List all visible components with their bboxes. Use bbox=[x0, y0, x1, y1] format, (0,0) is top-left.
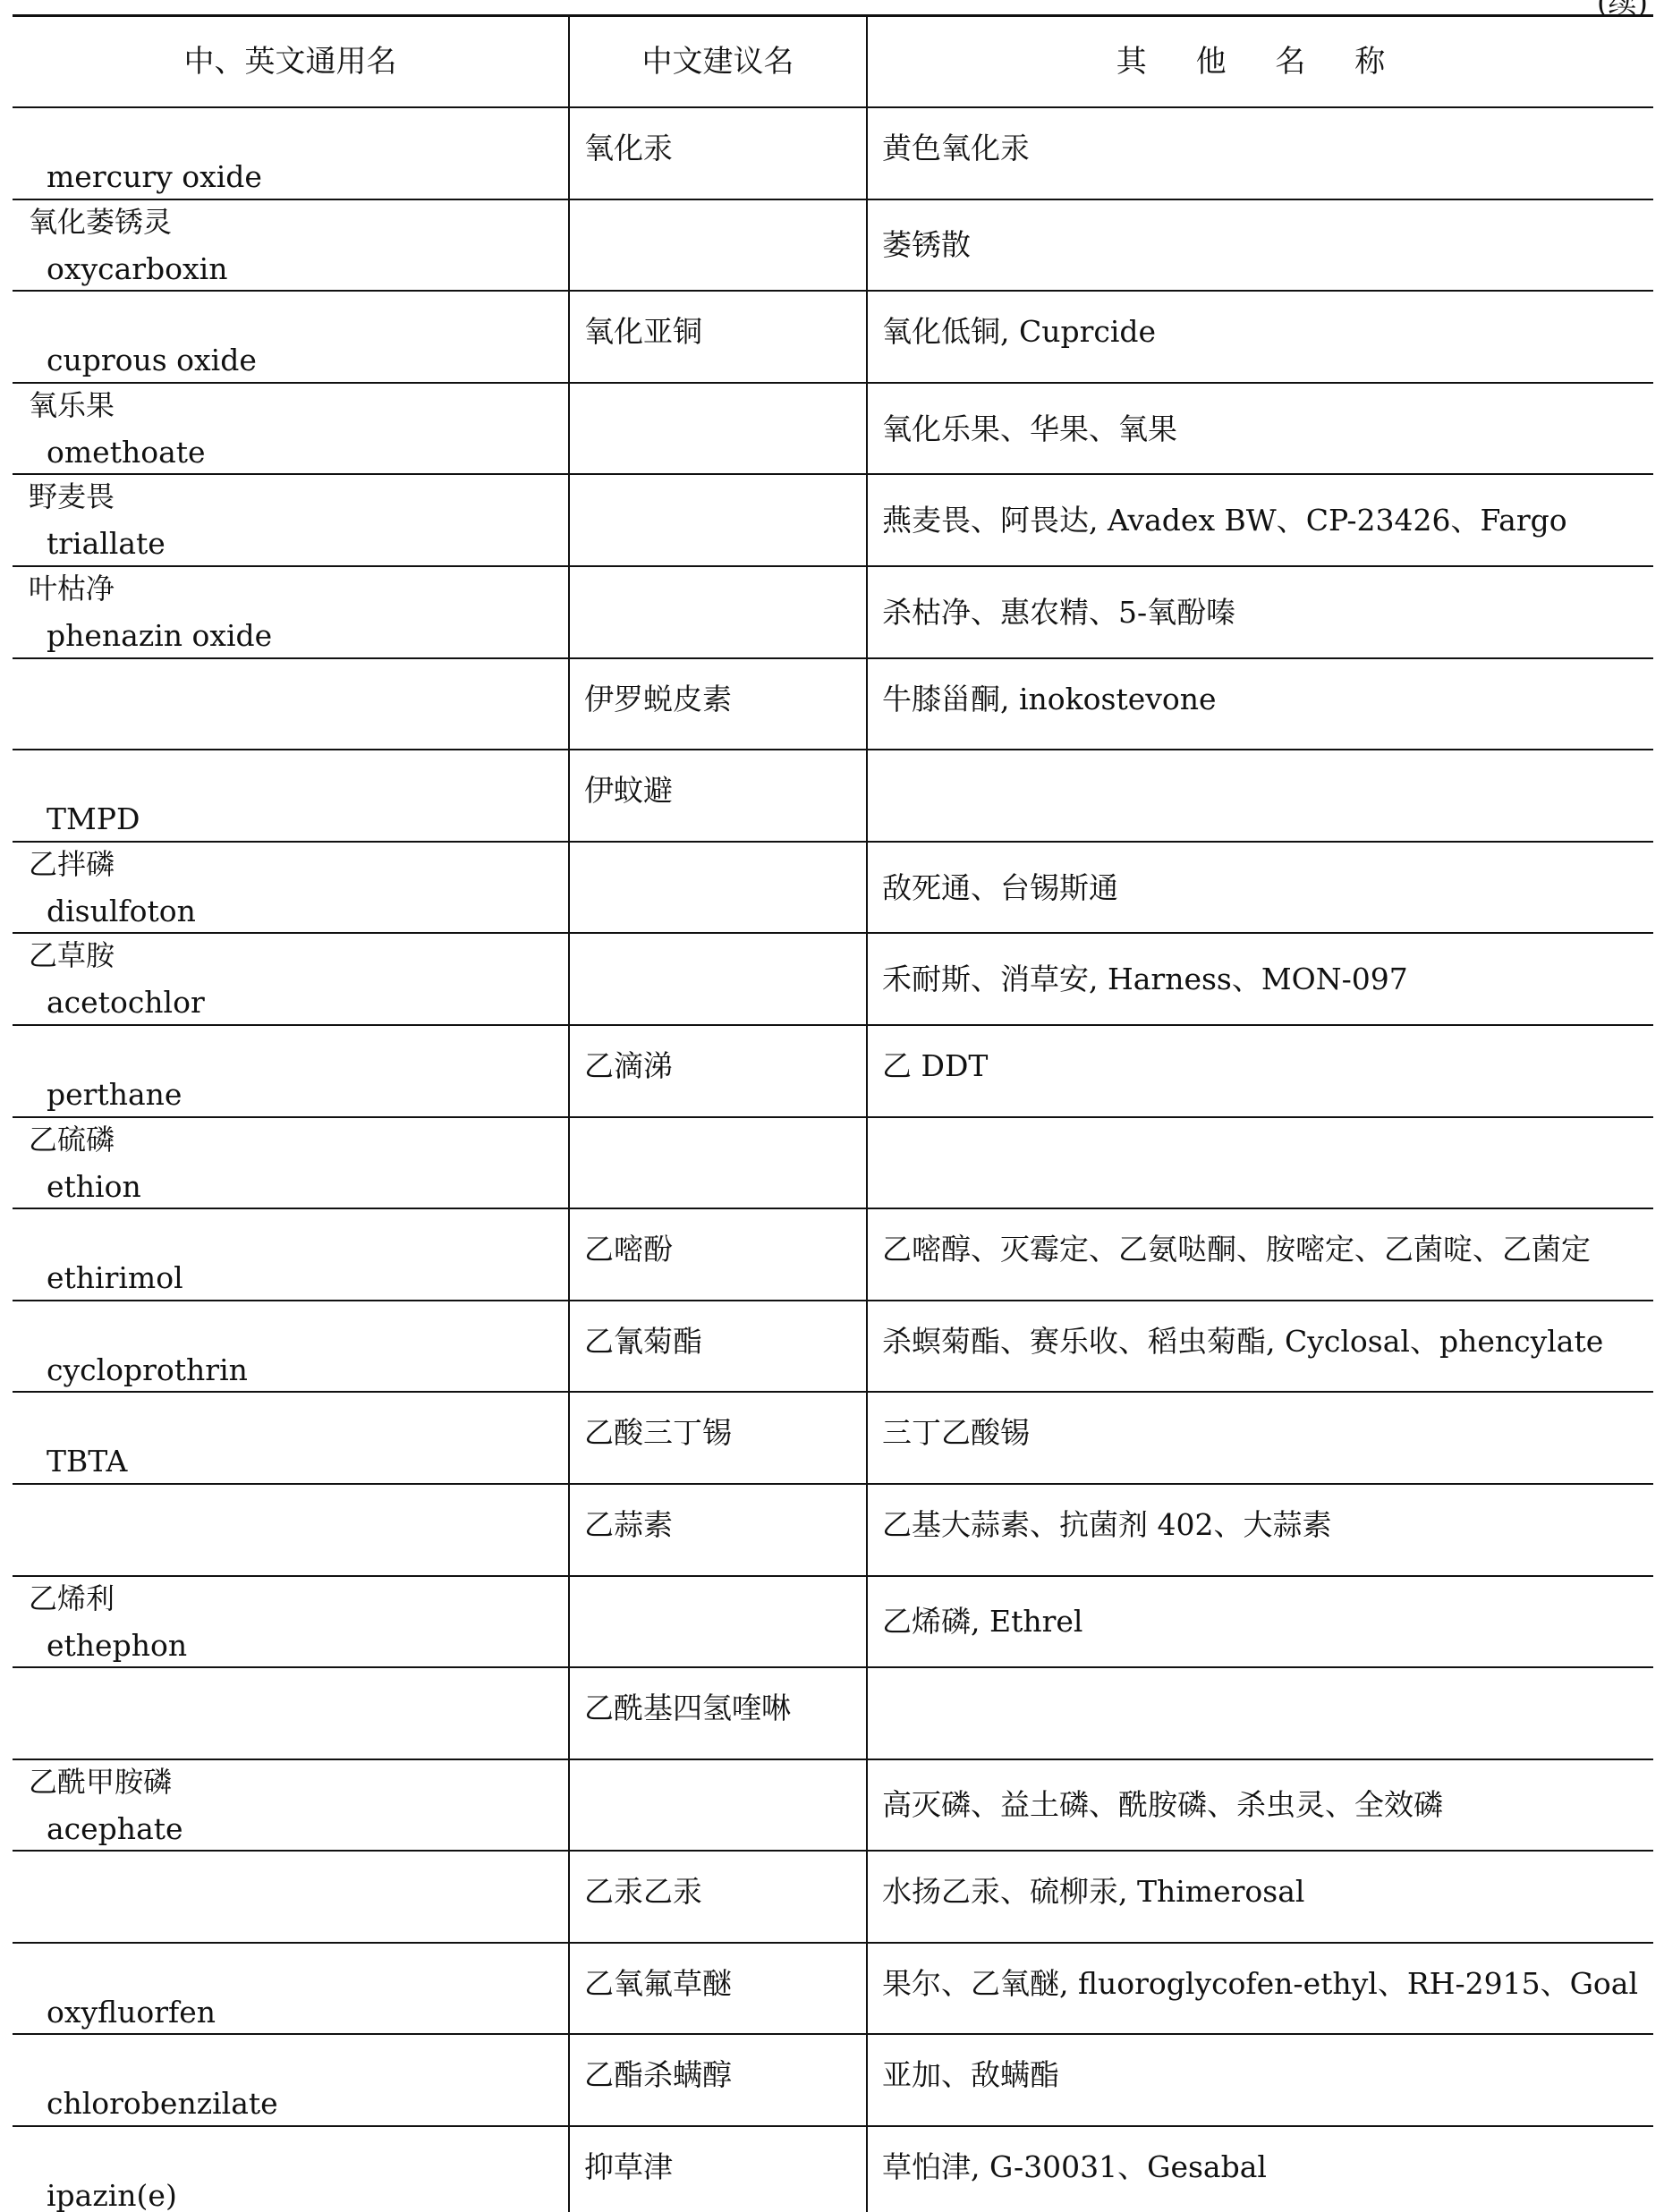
header-common-name: 中、英文通用名 bbox=[13, 16, 569, 108]
suggested-name-cell: 抑草津 bbox=[569, 2126, 867, 2212]
common-name-en: perthane bbox=[47, 1080, 182, 1109]
suggested-name-cell: 乙嘧酚 bbox=[569, 1208, 867, 1301]
table-row: 野麦畏triallate燕麦畏、阿畏达, Avadex BW、CP-23426、… bbox=[13, 474, 1653, 566]
table-row: 乙拌磷disulfoton敌死通、台锡斯通 bbox=[13, 842, 1653, 934]
other-names-cell: 氧化乐果、华果、氧果 bbox=[867, 383, 1653, 475]
common-name-en: omethoate bbox=[47, 437, 206, 467]
common-name-cell: 野麦畏triallate bbox=[13, 474, 569, 566]
other-names-cell: 乙基大蒜素、抗菌剂 402、大蒜素 bbox=[867, 1484, 1653, 1576]
table-row: 氧乐果omethoate氧化乐果、华果、氧果 bbox=[13, 383, 1653, 475]
other-names-cell: 杀螟菊酯、赛乐收、稻虫菊酯, Cyclosal、phencylate bbox=[867, 1301, 1653, 1393]
table-row: TMPD伊蚊避 bbox=[13, 750, 1653, 842]
suggested-name-cell: 氧化汞 bbox=[569, 107, 867, 199]
table-row: 乙草胺acetochlor禾耐斯、消草安, Harness、MON-097 bbox=[13, 933, 1653, 1025]
table-row: perthane乙滴涕乙 DDT bbox=[13, 1025, 1653, 1117]
common-name-cell: cuprous oxide bbox=[13, 291, 569, 383]
common-name-cell: ipazin(e) bbox=[13, 2126, 569, 2212]
common-name-zh: 乙拌磷 bbox=[29, 850, 115, 878]
table-row: cuprous oxide氧化亚铜氧化低铜, Cuprcide bbox=[13, 291, 1653, 383]
table-row: 乙酰基四氢喹啉 bbox=[13, 1667, 1653, 1759]
other-names-cell: 燕麦畏、阿畏达, Avadex BW、CP-23426、Fargo bbox=[867, 474, 1653, 566]
common-name-zh: 氧化萎锈灵 bbox=[29, 208, 172, 236]
common-name-en: mercury oxide bbox=[47, 162, 262, 191]
suggested-name-cell bbox=[569, 1759, 867, 1852]
suggested-name-cell bbox=[569, 383, 867, 475]
other-names-cell bbox=[867, 1117, 1653, 1209]
suggested-name-cell bbox=[569, 1576, 867, 1668]
common-name-en: chlorobenzilate bbox=[47, 2089, 278, 2118]
other-names-cell: 水扬乙汞、硫柳汞, Thimerosal bbox=[867, 1851, 1653, 1943]
table-header-row: 中、英文通用名 中文建议名 其 他 名 称 bbox=[13, 16, 1653, 108]
common-name-zh: 叶枯净 bbox=[29, 574, 115, 603]
common-name-en: ethirimol bbox=[47, 1263, 183, 1292]
common-name-zh: 乙烯利 bbox=[29, 1584, 115, 1613]
common-name-en: ipazin(e) bbox=[47, 2181, 177, 2210]
other-names-cell: 果尔、乙氧醚, fluoroglycofen-ethyl、RH-2915、Goa… bbox=[867, 1943, 1653, 2035]
common-name-zh: 氧乐果 bbox=[29, 391, 115, 420]
common-name-cell bbox=[13, 658, 569, 750]
table-row: mercury oxide氧化汞黄色氧化汞 bbox=[13, 107, 1653, 199]
common-name-cell: TMPD bbox=[13, 750, 569, 842]
common-name-en: disulfoton bbox=[47, 896, 196, 926]
suggested-name-cell bbox=[569, 474, 867, 566]
table-row: TBTA乙酸三丁锡三丁乙酸锡 bbox=[13, 1392, 1653, 1484]
common-name-en: TBTA bbox=[47, 1446, 127, 1476]
header-suggested-name: 中文建议名 bbox=[569, 16, 867, 108]
suggested-name-cell: 乙汞乙汞 bbox=[569, 1851, 867, 1943]
common-name-cell: 乙烯利ethephon bbox=[13, 1576, 569, 1668]
table-row: 氧化萎锈灵oxycarboxin萎锈散 bbox=[13, 199, 1653, 292]
table-row: 乙烯利ethephon乙烯磷, Ethrel bbox=[13, 1576, 1653, 1668]
common-name-zh: 乙酰甲胺磷 bbox=[29, 1767, 172, 1796]
other-names-cell: 三丁乙酸锡 bbox=[867, 1392, 1653, 1484]
common-name-en: acetochlor bbox=[47, 987, 205, 1017]
suggested-name-cell: 氧化亚铜 bbox=[569, 291, 867, 383]
common-name-cell: 叶枯净phenazin oxide bbox=[13, 566, 569, 658]
other-names-cell bbox=[867, 1667, 1653, 1759]
suggested-name-cell: 乙氧氟草醚 bbox=[569, 1943, 867, 2035]
table-row: 乙硫磷ethion bbox=[13, 1117, 1653, 1209]
suggested-name-cell: 伊罗蜕皮素 bbox=[569, 658, 867, 750]
suggested-name-cell: 乙蒜素 bbox=[569, 1484, 867, 1576]
other-names-cell: 牛膝甾酮, inokostevone bbox=[867, 658, 1653, 750]
suggested-name-cell bbox=[569, 842, 867, 934]
common-name-zh: 乙草胺 bbox=[29, 941, 115, 970]
common-name-en: cuprous oxide bbox=[47, 345, 257, 375]
common-name-en: TMPD bbox=[47, 804, 140, 834]
suggested-name-cell: 乙酰基四氢喹啉 bbox=[569, 1667, 867, 1759]
suggested-name-cell: 乙滴涕 bbox=[569, 1025, 867, 1117]
other-names-cell: 乙嘧醇、灭霉定、乙氨哒酮、胺嘧定、乙菌啶、乙菌定 bbox=[867, 1208, 1653, 1301]
table-row: ipazin(e)抑草津草怕津, G-30031、Gesabal bbox=[13, 2126, 1653, 2212]
common-name-cell bbox=[13, 1667, 569, 1759]
suggested-name-cell bbox=[569, 1117, 867, 1209]
common-name-cell: 氧乐果omethoate bbox=[13, 383, 569, 475]
common-name-cell: chlorobenzilate bbox=[13, 2034, 569, 2126]
common-name-en: phenazin oxide bbox=[47, 621, 272, 650]
common-name-en: oxycarboxin bbox=[47, 254, 227, 284]
common-name-en: cycloprothrin bbox=[47, 1355, 248, 1385]
common-name-cell bbox=[13, 1484, 569, 1576]
header-other-names: 其 他 名 称 bbox=[867, 16, 1653, 108]
other-names-cell: 亚加、敌螨酯 bbox=[867, 2034, 1653, 2126]
other-names-cell: 黄色氧化汞 bbox=[867, 107, 1653, 199]
pesticide-name-table: 中、英文通用名 中文建议名 其 他 名 称 mercury oxide氧化汞黄色… bbox=[13, 14, 1653, 2212]
other-names-cell: 氧化低铜, Cuprcide bbox=[867, 291, 1653, 383]
other-names-cell: 杀枯净、惠农精、5-氧酚嗪 bbox=[867, 566, 1653, 658]
table-row: cycloprothrin乙氰菊酯杀螟菊酯、赛乐收、稻虫菊酯, Cyclosal… bbox=[13, 1301, 1653, 1393]
suggested-name-cell: 伊蚊避 bbox=[569, 750, 867, 842]
table-row: 伊罗蜕皮素牛膝甾酮, inokostevone bbox=[13, 658, 1653, 750]
common-name-cell: 乙草胺acetochlor bbox=[13, 933, 569, 1025]
common-name-cell: TBTA bbox=[13, 1392, 569, 1484]
other-names-cell: 萎锈散 bbox=[867, 199, 1653, 292]
suggested-name-cell bbox=[569, 199, 867, 292]
other-names-cell bbox=[867, 750, 1653, 842]
other-names-cell: 敌死通、台锡斯通 bbox=[867, 842, 1653, 934]
suggested-name-cell: 乙酸三丁锡 bbox=[569, 1392, 867, 1484]
common-name-en: ethephon bbox=[47, 1631, 187, 1660]
suggested-name-cell: 乙氰菊酯 bbox=[569, 1301, 867, 1393]
table-row: 叶枯净phenazin oxide杀枯净、惠农精、5-氧酚嗪 bbox=[13, 566, 1653, 658]
table-row: ethirimol乙嘧酚乙嘧醇、灭霉定、乙氨哒酮、胺嘧定、乙菌啶、乙菌定 bbox=[13, 1208, 1653, 1301]
common-name-en: ethion bbox=[47, 1172, 141, 1201]
common-name-cell: mercury oxide bbox=[13, 107, 569, 199]
common-name-cell: 氧化萎锈灵oxycarboxin bbox=[13, 199, 569, 292]
other-names-cell: 高灭磷、益土磷、酰胺磷、杀虫灵、全效磷 bbox=[867, 1759, 1653, 1852]
table-row: 乙蒜素乙基大蒜素、抗菌剂 402、大蒜素 bbox=[13, 1484, 1653, 1576]
common-name-en: triallate bbox=[47, 529, 166, 558]
other-names-cell: 草怕津, G-30031、Gesabal bbox=[867, 2126, 1653, 2212]
other-names-cell: 禾耐斯、消草安, Harness、MON-097 bbox=[867, 933, 1653, 1025]
common-name-cell: perthane bbox=[13, 1025, 569, 1117]
table-row: 乙汞乙汞水扬乙汞、硫柳汞, Thimerosal bbox=[13, 1851, 1653, 1943]
common-name-zh: 乙硫磷 bbox=[29, 1125, 115, 1154]
common-name-en: oxyfluorfen bbox=[47, 1997, 216, 2027]
common-name-cell: 乙拌磷disulfoton bbox=[13, 842, 569, 934]
table-row: 乙酰甲胺磷acephate高灭磷、益土磷、酰胺磷、杀虫灵、全效磷 bbox=[13, 1759, 1653, 1852]
other-names-cell: 乙 DDT bbox=[867, 1025, 1653, 1117]
common-name-cell: 乙酰甲胺磷acephate bbox=[13, 1759, 569, 1852]
common-name-cell bbox=[13, 1851, 569, 1943]
common-name-en: acephate bbox=[47, 1814, 183, 1843]
common-name-cell: 乙硫磷ethion bbox=[13, 1117, 569, 1209]
suggested-name-cell bbox=[569, 566, 867, 658]
suggested-name-cell bbox=[569, 933, 867, 1025]
common-name-cell: cycloprothrin bbox=[13, 1301, 569, 1393]
table-row: oxyfluorfen乙氧氟草醚果尔、乙氧醚, fluoroglycofen-e… bbox=[13, 1943, 1653, 2035]
common-name-cell: oxyfluorfen bbox=[13, 1943, 569, 2035]
other-names-cell: 乙烯磷, Ethrel bbox=[867, 1576, 1653, 1668]
suggested-name-cell: 乙酯杀螨醇 bbox=[569, 2034, 867, 2126]
common-name-zh: 野麦畏 bbox=[29, 482, 115, 511]
common-name-cell: ethirimol bbox=[13, 1208, 569, 1301]
table-row: chlorobenzilate乙酯杀螨醇亚加、敌螨酯 bbox=[13, 2034, 1653, 2126]
